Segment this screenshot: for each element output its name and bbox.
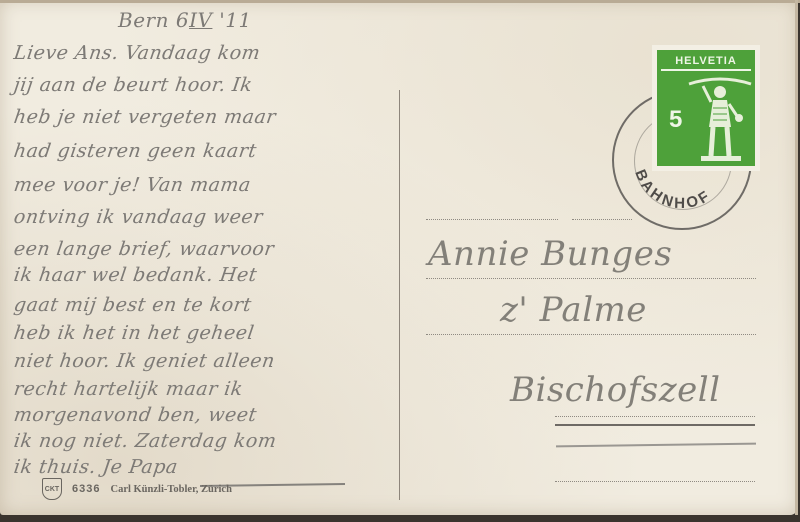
address-rule: [426, 219, 558, 220]
publisher-name: Carl Künzli-Tobler, Zürich: [110, 484, 231, 495]
message-line-signature: ik thuis. Je Papa: [12, 456, 179, 478]
message-line: een lange brief, waarvoor: [12, 238, 275, 260]
message-line: ik haar wel bedank. Het: [12, 264, 258, 286]
dateline-day: 6: [176, 8, 189, 32]
stamp-value: 5: [669, 106, 682, 134]
recipient-name: Annie Bunges: [428, 234, 672, 274]
message-line: Lieve Ans. Vandaag kom: [12, 42, 261, 64]
address-pencil-underline: [556, 443, 756, 447]
postage-stamp: HELVETIA 5: [652, 45, 760, 171]
message-line: gaat mij best en te kort: [12, 294, 253, 316]
message-line: mee voor je! Van mama: [12, 174, 252, 196]
address-rule: [426, 334, 756, 335]
dateline-year: '11: [219, 8, 251, 32]
address-rule: [572, 219, 632, 220]
stamp-country: HELVETIA: [661, 54, 751, 71]
message-line: jij aan de beurt hoor. Ik: [12, 74, 253, 96]
address-rule: [555, 416, 755, 417]
crossbow-boy-icon: [687, 72, 753, 167]
dateline-place: Bern: [118, 8, 169, 32]
message-line: heb je niet vergeten maar: [12, 106, 277, 128]
stamp-face: HELVETIA 5: [657, 50, 755, 166]
message-line: recht hartelijk maar ik: [12, 378, 244, 400]
card-top-edge: [0, 0, 800, 3]
message-line: niet hoor. Ik geniet alleen: [12, 350, 276, 372]
recipient-city: Bischofszell: [510, 370, 721, 410]
card-right-edge: [795, 0, 798, 515]
publisher-number: 6336: [72, 483, 100, 495]
message-line: heb ik het in het geheel: [12, 322, 255, 344]
dateline-month: IV: [189, 8, 212, 32]
address-rule: [426, 278, 756, 279]
center-divider: [399, 90, 400, 500]
publisher-imprint: CKT 6336 Carl Künzli-Tobler, Zürich: [42, 478, 232, 500]
message-line: morgenavond ben, weet: [12, 404, 258, 426]
address-rule: [555, 481, 755, 482]
message-line: ik nog niet. Zaterdag kom: [12, 430, 278, 452]
publisher-logo-icon: CKT: [42, 478, 62, 500]
postcard-back: Bern 6IV '11 Lieve Ans. Vandaag kom jij …: [0, 0, 798, 515]
message-line: had gisteren geen kaart: [12, 140, 258, 162]
recipient-street: z' Palme: [500, 290, 647, 330]
svg-text:BAHNHOF: BAHNHOF: [631, 167, 714, 212]
address-underline: [555, 424, 755, 426]
message-line: ontving ik vandaag weer: [12, 206, 264, 228]
message-dateline: Bern 6IV '11: [118, 8, 252, 32]
postmark-text: BAHNHOF: [631, 167, 714, 212]
